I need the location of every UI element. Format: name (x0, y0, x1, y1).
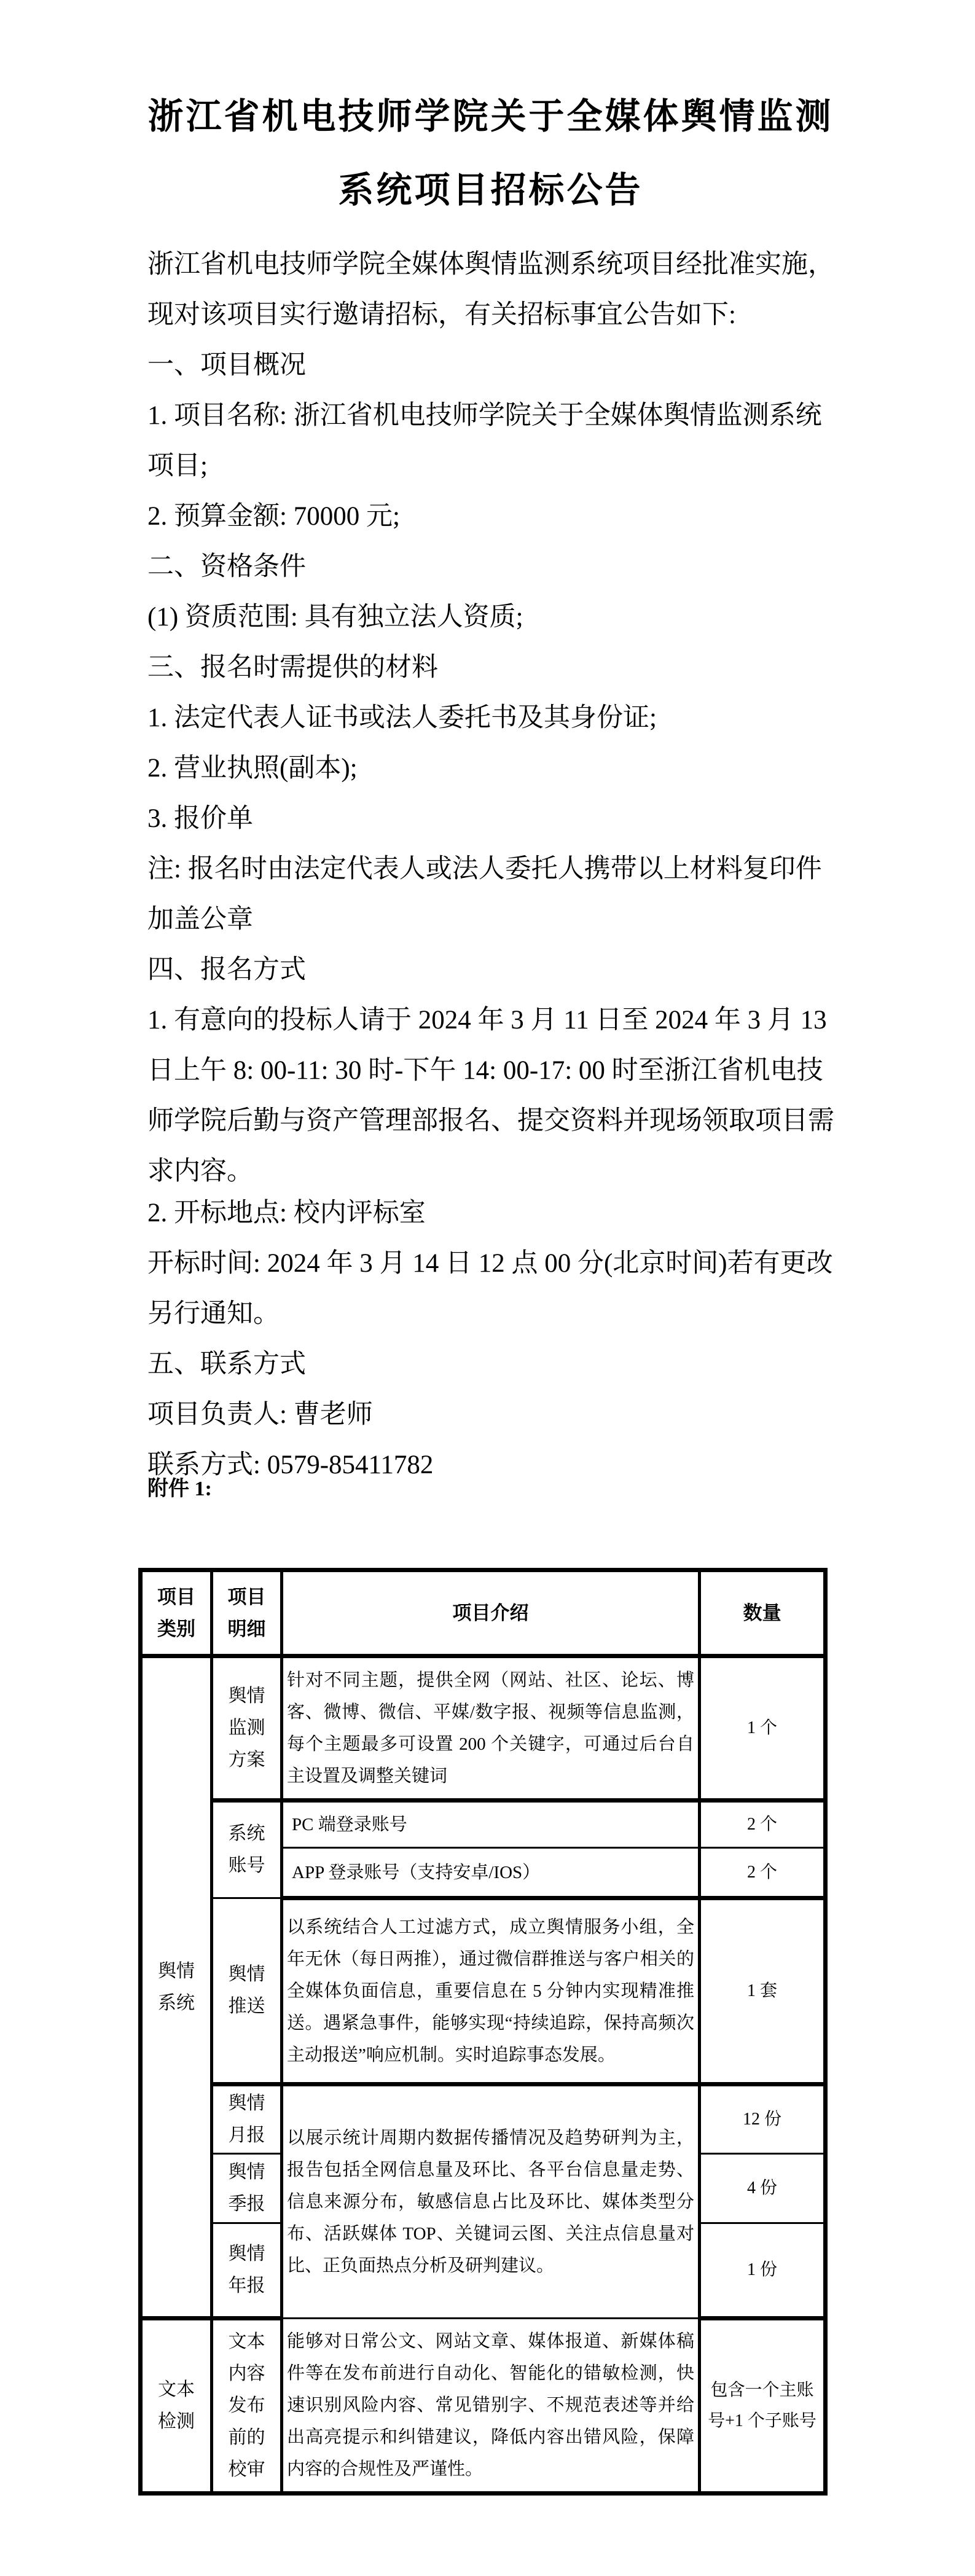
document-content: 浙江省机电技师学院关于全媒体舆情监测 系统项目招标公告 浙江省机电技师学院全媒体… (147, 0, 834, 2496)
title-line-2: 系统项目招标公告 (147, 154, 834, 227)
body-line: 另行通知。 (147, 1289, 834, 1339)
table-header-row: 项目类别 项目明细 项目介绍 数量 (141, 1570, 826, 1656)
col-header-qty: 数量 (700, 1570, 826, 1656)
section-heading-1: 一、项目概况 (147, 340, 834, 391)
section-heading-2: 二、资格条件 (147, 542, 834, 592)
qty-cell: 包含一个主账号+1 个子账号 (700, 2319, 826, 2494)
intro-paragraph-line: 浙江省机电技师学院全媒体舆情监测系统项目经批准实施， (147, 240, 834, 290)
qty-cell: 12 份 (700, 2085, 826, 2154)
qty-cell: 1 份 (700, 2223, 826, 2319)
body-line: 1. 有意向的投标人请于 2024 年 3 月 11 日至 2024 年 3 月… (147, 995, 834, 1046)
body-line: 2. 开标地点: 校内评标室 (147, 1188, 834, 1239)
body-line: 1. 法定代表人证书或法人委托书及其身份证; (147, 693, 834, 743)
detail-cell: 舆情月报 (212, 2085, 282, 2154)
table-row: 舆情系统 舆情监测方案 针对不同主题，提供全网（网站、社区、论坛、博客、微博、微… (141, 1656, 826, 1801)
table-row: 文本检测 文本内容发布前的校审 能够对日常公文、网站文章、媒体报道、新媒体稿件等… (141, 2319, 826, 2494)
detail-cell: 舆情推送 (212, 1898, 282, 2085)
body-line: 加盖公章 (147, 895, 834, 945)
col-header-intro: 项目介绍 (282, 1570, 700, 1656)
body-line: (1) 资质范围: 具有独立法人资质; (147, 592, 834, 643)
body-line: 2. 预算金额: 70000 元; (147, 491, 834, 542)
document-body: 浙江省机电技师学院全媒体舆情监测系统项目经批准实施， 现对该项目实行邀请招标，有… (147, 240, 834, 1506)
qty-cell: 1 套 (700, 1898, 826, 2085)
body-line: 日上午 8: 00-11: 30 时-下午 14: 00-17: 00 时至浙江… (147, 1046, 834, 1096)
body-line: 项目; (147, 441, 834, 491)
body-line: 1. 项目名称: 浙江省机电技师学院关于全媒体舆情监测系统 (147, 391, 834, 441)
section-heading-4: 四、报名方式 (147, 945, 834, 995)
body-line: 2. 营业执照(副本); (147, 743, 834, 794)
intro-cell: 能够对日常公文、网站文章、媒体报道、新媒体稿件等在发布前进行自动化、智能化的错敏… (282, 2319, 700, 2494)
project-spec-table: 项目类别 项目明细 项目介绍 数量 舆情系统 舆情监测方案 针对不同主题，提供全… (138, 1568, 828, 2496)
body-line: 开标时间: 2024 年 3 月 14 日 12 点 00 分(北京时间)若有更… (147, 1239, 834, 1289)
detail-cell: 舆情监测方案 (212, 1656, 282, 1801)
qty-cell: 2 个 (700, 1848, 826, 1898)
detail-cell: 文本内容发布前的校审 (212, 2319, 282, 2494)
section-heading-5: 五、联系方式 (147, 1339, 834, 1390)
contact-person-line: 项目负责人: 曹老师 (147, 1390, 834, 1440)
intro-cell: PC 端登录账号 (282, 1801, 700, 1848)
page-title: 浙江省机电技师学院关于全媒体舆情监测 系统项目招标公告 (147, 80, 834, 227)
intro-cell: 针对不同主题，提供全网（网站、社区、论坛、博客、微博、微信、平媒/数字报、视频等… (282, 1656, 700, 1801)
intro-cell-reports-merged: 以展示统计周期内数据传播情况及趋势研判为主，报告包括全网信息量及环比、各平台信息… (282, 2085, 700, 2319)
table-row: 舆情月报 以展示统计周期内数据传播情况及趋势研判为主，报告包括全网信息量及环比、… (141, 2085, 826, 2154)
detail-cell: 舆情年报 (212, 2223, 282, 2319)
category-cell-yuqing-system: 舆情系统 (141, 1656, 212, 2319)
intro-paragraph-line: 现对该项目实行邀请招标，有关招标事宜公告如下: (147, 290, 834, 340)
qty-cell: 2 个 (700, 1801, 826, 1848)
title-line-1: 浙江省机电技师学院关于全媒体舆情监测 (147, 80, 834, 154)
body-line: 师学院后勤与资产管理部报名、提交资料并现场领取项目需 (147, 1096, 834, 1146)
intro-cell: APP 登录账号（支持安卓/IOS） (282, 1848, 700, 1898)
body-line: 3. 报价单 (147, 794, 834, 844)
qty-cell: 4 份 (700, 2154, 826, 2223)
category-cell-text-check: 文本检测 (141, 2319, 212, 2494)
body-line: 注: 报名时由法定代表人或法人委托人携带以上材料复印件 (147, 844, 834, 895)
col-header-detail: 项目明细 (212, 1570, 282, 1656)
intro-cell: 以系统结合人工过滤方式，成立舆情服务小组，全年无休（每日两推），通过微信群推送与… (282, 1898, 700, 2085)
table-row: 系统账号 PC 端登录账号 2 个 (141, 1801, 826, 1848)
qty-cell: 1 个 (700, 1656, 826, 1801)
detail-cell-system-account: 系统账号 (212, 1801, 282, 1898)
col-header-category: 项目类别 (141, 1570, 212, 1656)
section-heading-3: 三、报名时需提供的材料 (147, 643, 834, 693)
detail-cell: 舆情季报 (212, 2154, 282, 2223)
document-page: 浙江省机电技师学院关于全媒体舆情监测 系统项目招标公告 浙江省机电技师学院全媒体… (0, 0, 975, 2576)
table-row: 舆情推送 以系统结合人工过滤方式，成立舆情服务小组，全年无休（每日两推），通过微… (141, 1898, 826, 2085)
